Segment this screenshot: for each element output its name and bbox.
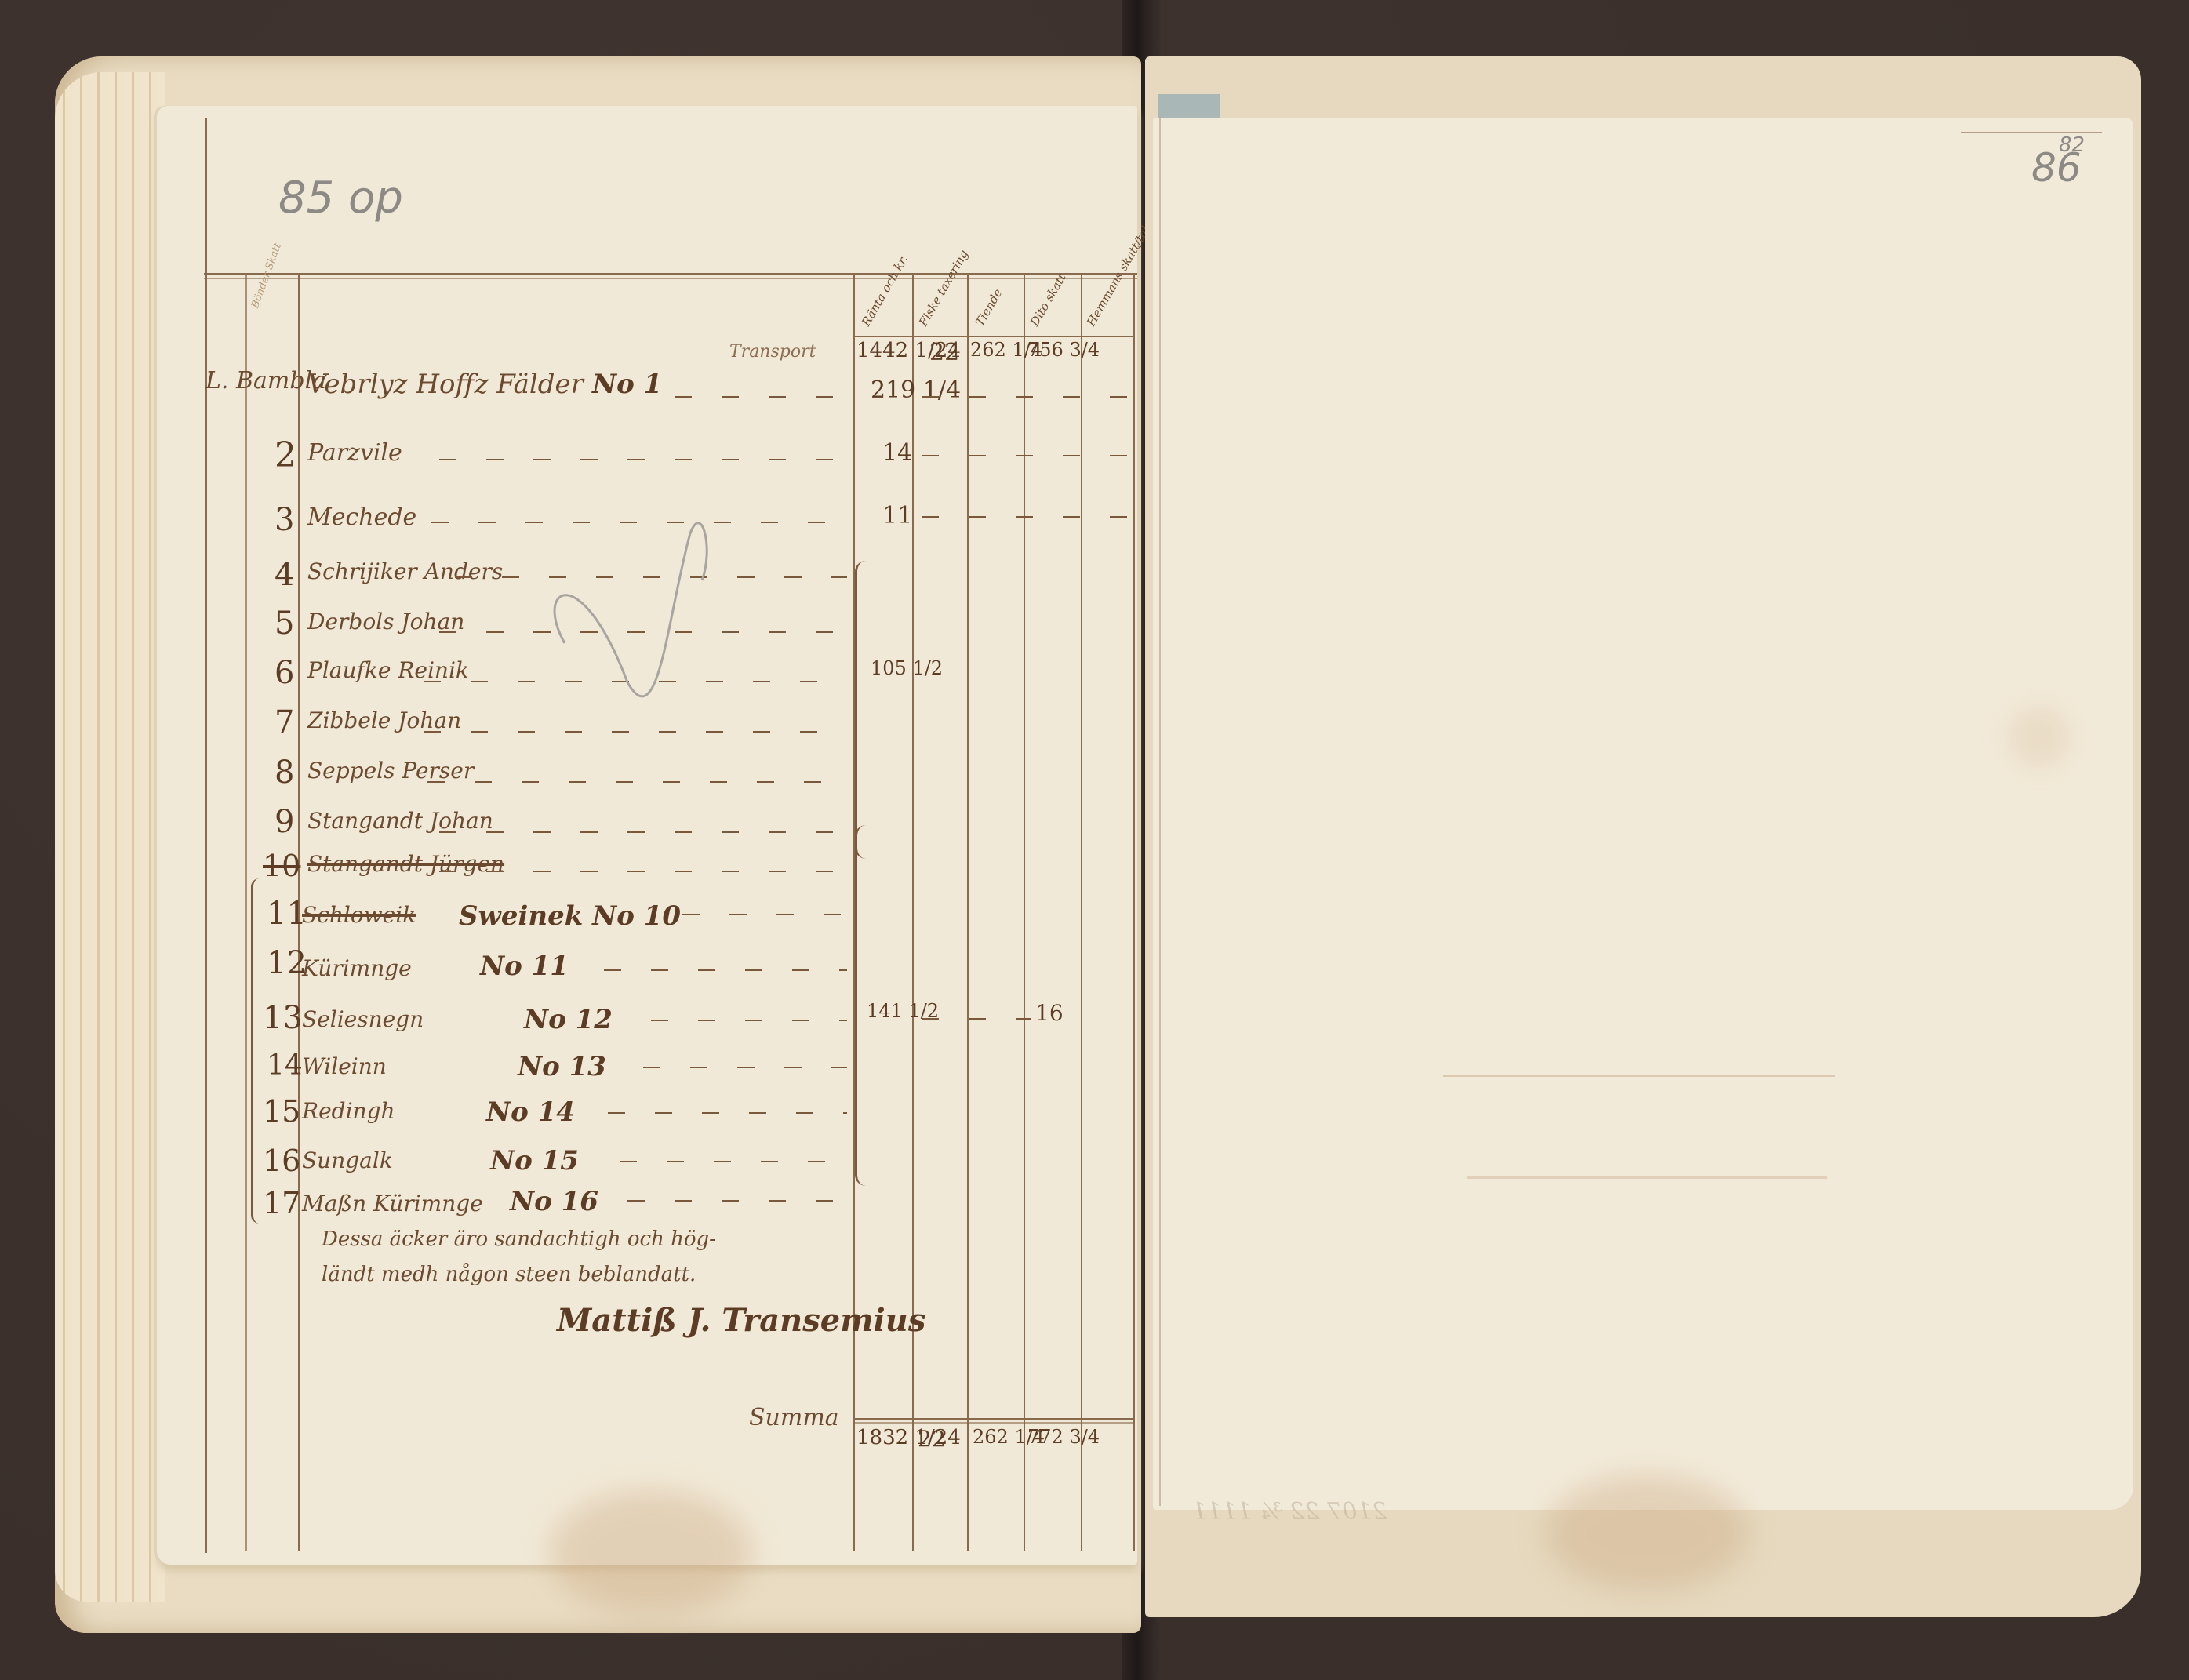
- col-rule-5: [1081, 273, 1082, 1551]
- transport-col4: 756 3/4: [1027, 339, 1100, 361]
- row-ref: No 11: [480, 951, 569, 982]
- margin-squiggle: [251, 878, 267, 1224]
- row-name: Wileinn: [302, 1053, 387, 1079]
- transport-col2: 22: [929, 339, 959, 366]
- summa-rule-2: [853, 1422, 1134, 1424]
- row-name: Vebrlyz Hoffz Fälder: [307, 369, 584, 400]
- tape-strip: [1158, 94, 1220, 118]
- left-page: [157, 106, 1137, 1565]
- row-leader: [651, 1020, 847, 1021]
- row-leader: [439, 459, 847, 460]
- col-rule-4: [1024, 273, 1025, 1551]
- row-name: Mechede: [307, 504, 416, 531]
- row-leader: [682, 914, 847, 915]
- signature: Mattiß J. Transemius: [557, 1302, 925, 1339]
- summa-label: Summa: [749, 1404, 839, 1431]
- row-number: 7: [275, 704, 294, 740]
- water-stain: [549, 1490, 753, 1616]
- row-leader: [643, 1067, 847, 1068]
- summa-col4: 772 3/4: [1027, 1426, 1100, 1448]
- row-ref: No 15: [490, 1145, 579, 1176]
- row-name: Schrijiker Anders: [307, 558, 503, 584]
- frame-left-rule: [205, 118, 207, 1553]
- group-total-1: 105 1/2: [871, 657, 943, 679]
- pencil-folio-right-alt: 82: [2059, 133, 2085, 157]
- row-number: 5: [275, 605, 294, 642]
- row-name: Sungalk: [302, 1147, 393, 1173]
- row-ref: No 14: [486, 1096, 575, 1128]
- row-value: 219 1/4: [871, 376, 961, 404]
- row-value: 11: [882, 502, 912, 529]
- row-name-struck: Stangandt Jürgen: [307, 851, 504, 877]
- show-through-total: 2107 22 ¾ 1111: [1192, 1498, 1387, 1525]
- row-leader-cols: [922, 1018, 1031, 1020]
- row-leader: [604, 969, 847, 971]
- row-number: 11: [267, 896, 307, 932]
- group-brace-1: [855, 561, 867, 859]
- row-number: 14: [267, 1049, 303, 1082]
- pencil-folio-left: 85 op: [278, 173, 403, 224]
- group-brace-2: [855, 825, 867, 1186]
- row-leader: [439, 831, 847, 833]
- transport-label: Transport: [729, 342, 816, 362]
- water-stain-right: [1545, 1475, 1749, 1592]
- note-line-1: Dessa äcker äro sandachtigh och hög-: [322, 1227, 716, 1251]
- row-number: 3: [275, 502, 294, 538]
- row-value: 14: [882, 439, 912, 467]
- row-leader: [439, 871, 847, 872]
- row-name: Stangandt Johan: [307, 808, 493, 834]
- row-name: Kürimnge: [302, 955, 412, 981]
- row-leader: [627, 1200, 847, 1202]
- row-name: Zibbele Johan: [307, 707, 461, 733]
- row-leader: [620, 1161, 847, 1162]
- row-number: 17: [263, 1186, 300, 1220]
- row-number: 16: [263, 1144, 300, 1178]
- row-number: 6: [275, 655, 294, 691]
- frame-top-rule-2: [204, 278, 1137, 279]
- row-name: Redingh: [302, 1098, 395, 1124]
- row-number: 8: [275, 755, 294, 791]
- show-through-line: [1443, 1075, 1835, 1077]
- note-line-2: ländt medh någon steen beblandatt.: [322, 1263, 696, 1286]
- group-total-2-col4: 16: [1035, 1000, 1064, 1026]
- row-name: Plaufke Reinik: [307, 657, 469, 683]
- page-edges: [55, 72, 165, 1602]
- row-number: 10: [263, 849, 300, 883]
- col-rule-6: [1133, 273, 1135, 1551]
- header-bottom-rule: [853, 336, 1134, 337]
- row-number: 9: [275, 804, 294, 840]
- row-leader: [608, 1112, 847, 1114]
- row-leader-cols: [922, 516, 1129, 518]
- row-number: 4: [275, 557, 294, 593]
- right-page-inner-rule: [1159, 118, 1161, 1506]
- row-leader: [675, 396, 847, 398]
- row-number: 2: [275, 435, 296, 475]
- col-rule-3: [967, 273, 969, 1551]
- row-ref: No 16: [510, 1186, 598, 1217]
- col-rule-2: [912, 273, 914, 1551]
- row-name: Parzvile: [307, 439, 402, 467]
- pencil-checkmark: [533, 502, 737, 816]
- row-leader-cols: [922, 396, 1129, 398]
- row-name: Maßn Kürimnge: [302, 1191, 483, 1216]
- water-stain-right-2: [2008, 706, 2071, 769]
- row-leader-cols: [922, 455, 1129, 456]
- summa-col2: 22: [918, 1426, 946, 1452]
- margin-rule-1: [245, 273, 247, 1551]
- row-ref: No 13: [518, 1051, 606, 1082]
- row-ref: No 1: [592, 369, 662, 400]
- row-number: 15: [263, 1094, 300, 1129]
- row-name-struck: Schloweik: [302, 902, 416, 928]
- row-number: 13: [263, 1000, 303, 1036]
- row-ref: No 12: [524, 1004, 613, 1035]
- row-name: Seppels Perser: [307, 758, 474, 784]
- frame-top-rule: [204, 273, 1137, 275]
- row-name: Seliesnegn: [302, 1006, 424, 1032]
- row-number: 12: [267, 945, 307, 981]
- show-through-line: [1467, 1176, 1827, 1179]
- right-page: [1153, 118, 2133, 1510]
- row-ref: Sweinek No 10: [459, 900, 681, 932]
- summa-rule: [853, 1418, 1134, 1420]
